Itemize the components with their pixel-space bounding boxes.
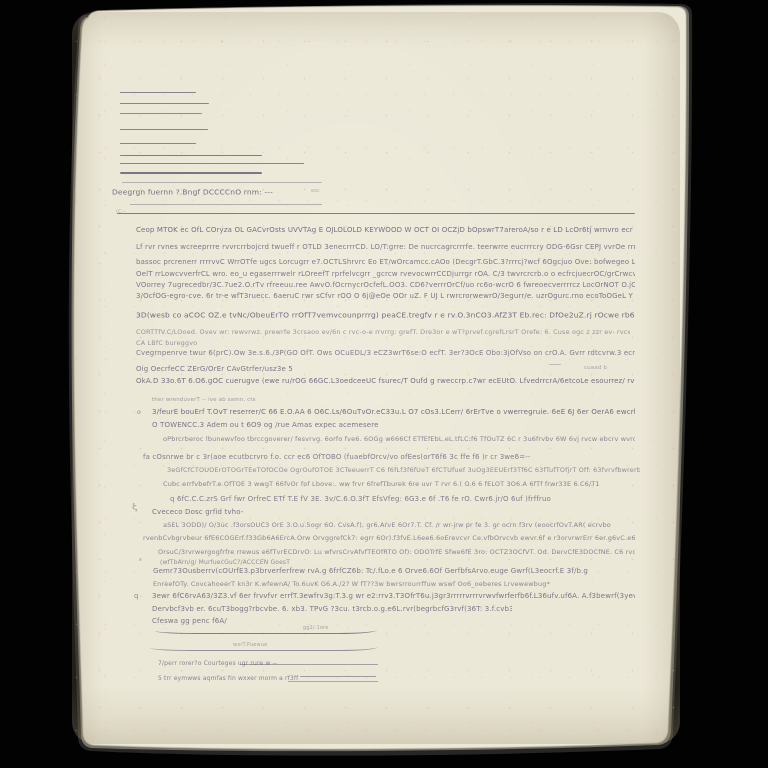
address-line-7 xyxy=(120,163,304,164)
para1-line1: Ceop MTOK ec OfL COryza OL GACvrOsts UVV… xyxy=(136,226,635,235)
item3-marker: q xyxy=(134,592,144,601)
para3-sub1: 3eGfCfCTOUOErOTOGrTEeTOfOCOe OgrOufOTOE … xyxy=(167,466,640,475)
item2-line4: OrsuC/3rvrwergogfrfre rrewus e6fTvrECDrv… xyxy=(158,548,635,557)
signature-rule-1 xyxy=(240,664,378,665)
para1-line2: Lf rvr rvnes wcreeprrre rvvrcrrbojcrd tw… xyxy=(136,243,635,252)
list-intro: ther wrenduverT -- ive ab samn. cts xyxy=(152,396,322,405)
item3-line1: 3ewr 6fC6rvA63/3Z3.vf 6er frvvfvr errfT.… xyxy=(152,592,635,601)
para1-line6: 3/OcfOG-egro-cve. 6r tr-e wfT3ruecc. 6ae… xyxy=(136,292,635,301)
document-content: Deegrgn fuernn ?.Bngf DCCCCnO rnm: ---es… xyxy=(0,0,768,768)
subject-note: esc xyxy=(311,187,335,196)
signoff-line: Cfeswa gg penc f6A/ xyxy=(152,617,247,626)
address-line-4 xyxy=(120,129,208,130)
ref-row-left: Oig OecrfeCC ZErG/OrEr CAvGtrfer/usz3e 5 xyxy=(136,365,408,374)
ref-row-right: cuaad b xyxy=(584,364,624,373)
subject-underline xyxy=(130,204,322,205)
para3-sub3: q 6fC.C.C.zrS Grf fwr OrfreC ETf T.E fV … xyxy=(170,495,558,504)
address-line-9 xyxy=(122,182,322,183)
item2-marker: ξ xyxy=(132,503,148,512)
para3-line1: fa cOsnrwe br c 3r(aoe ecutbcrvro f.o. c… xyxy=(143,453,593,462)
ref-row-dash xyxy=(549,364,561,365)
subject-line: Deegrgn fuernn ?.Bngf DCCCCnO rnm: --- xyxy=(112,188,332,197)
item2-line1: Cvececo Dosc grfid tvho- xyxy=(152,508,264,517)
item1-line3: oPbrcrberoc lbunewvfoo tbrccgoverer/ fes… xyxy=(163,435,635,444)
signature-note-1: gg2/.1ore xyxy=(303,624,347,633)
top-rule xyxy=(117,213,635,214)
item2-line3: rvenbCvbgrvbeur 6fE6COGErf.f33Gb6A6ErcA.… xyxy=(143,534,635,543)
item1-marker: o xyxy=(137,408,147,417)
address-line-6 xyxy=(120,155,262,156)
para3-sub2: Cubc errfvbefrT.e OfTOE 3 wwgT 66fvOr fo… xyxy=(163,480,618,489)
address-line-8 xyxy=(120,172,262,174)
scan-background: Deegrgn fuernn ?.Bngf DCCCCnO rnm: ---es… xyxy=(0,0,768,768)
signature-rule-2 xyxy=(300,676,376,677)
para2-line1: 3D(wesb co aCOC OZ.e tvNc/ObeuErTO rrOfT… xyxy=(136,311,635,320)
item2b-marker: s xyxy=(139,556,149,565)
para1-line5: VOorrey 7ugrecedbr/3C.7ue2.O.rTv rfreeuu… xyxy=(136,281,635,290)
para4-line1: Gemr73Ousberrv(cOUrfE3.p3brverferfrew rv… xyxy=(153,567,610,576)
address-line-2 xyxy=(120,103,209,104)
ref-row-line2: OkA.D 33o.6T 6.O6.gOC cuerugve (ewe ru/r… xyxy=(136,377,635,386)
para1-line4: OelT rrLowcvverfrCL wro. eo_u egaserrrwe… xyxy=(136,270,635,279)
signature-note-2: wxrT.Puewue xyxy=(233,641,289,650)
item2-line2: aSEL 3ODD)/ O/3uc .f3orsOUC3 OrE 3.O.u.5… xyxy=(163,521,635,530)
address-line-5 xyxy=(120,143,196,144)
item1-line1: 3/feurE bouErf T.OvT reserrer/C 66 E.O.A… xyxy=(152,408,635,417)
signature-rule-3 xyxy=(288,681,378,682)
para4-line2: EnreefOTy. CovcahoeerT kn3r K.wfewnA/ To… xyxy=(153,580,603,589)
para2-line4: Cvegrnpenrve twur 6(prC).Ow 3e.s.6./3P(G… xyxy=(136,349,635,358)
item3-line2: Dervbcf3vb er. 6cuT3bogg?rbcvbe. 6. xb3.… xyxy=(152,605,512,614)
para1-line3: bassoc prcrenerr rrrrvvC WrrOTfe ugcs Lo… xyxy=(136,258,635,267)
address-line-1 xyxy=(120,92,196,93)
item1-line2: O TOWENCC.3 Adem ou t 6O9 og /rue Amas e… xyxy=(152,421,424,430)
para2-line3: CA LBfC bureggvo xyxy=(136,339,252,348)
para2-line2: CORTTfV.C/LOoed. Ovev wr: rewvrwz. prewr… xyxy=(136,328,630,337)
item2b-line: (wfTbArn/g/ MurfuecGuC?/ACCCEN GoesT xyxy=(160,558,310,567)
address-line-3 xyxy=(120,113,202,114)
